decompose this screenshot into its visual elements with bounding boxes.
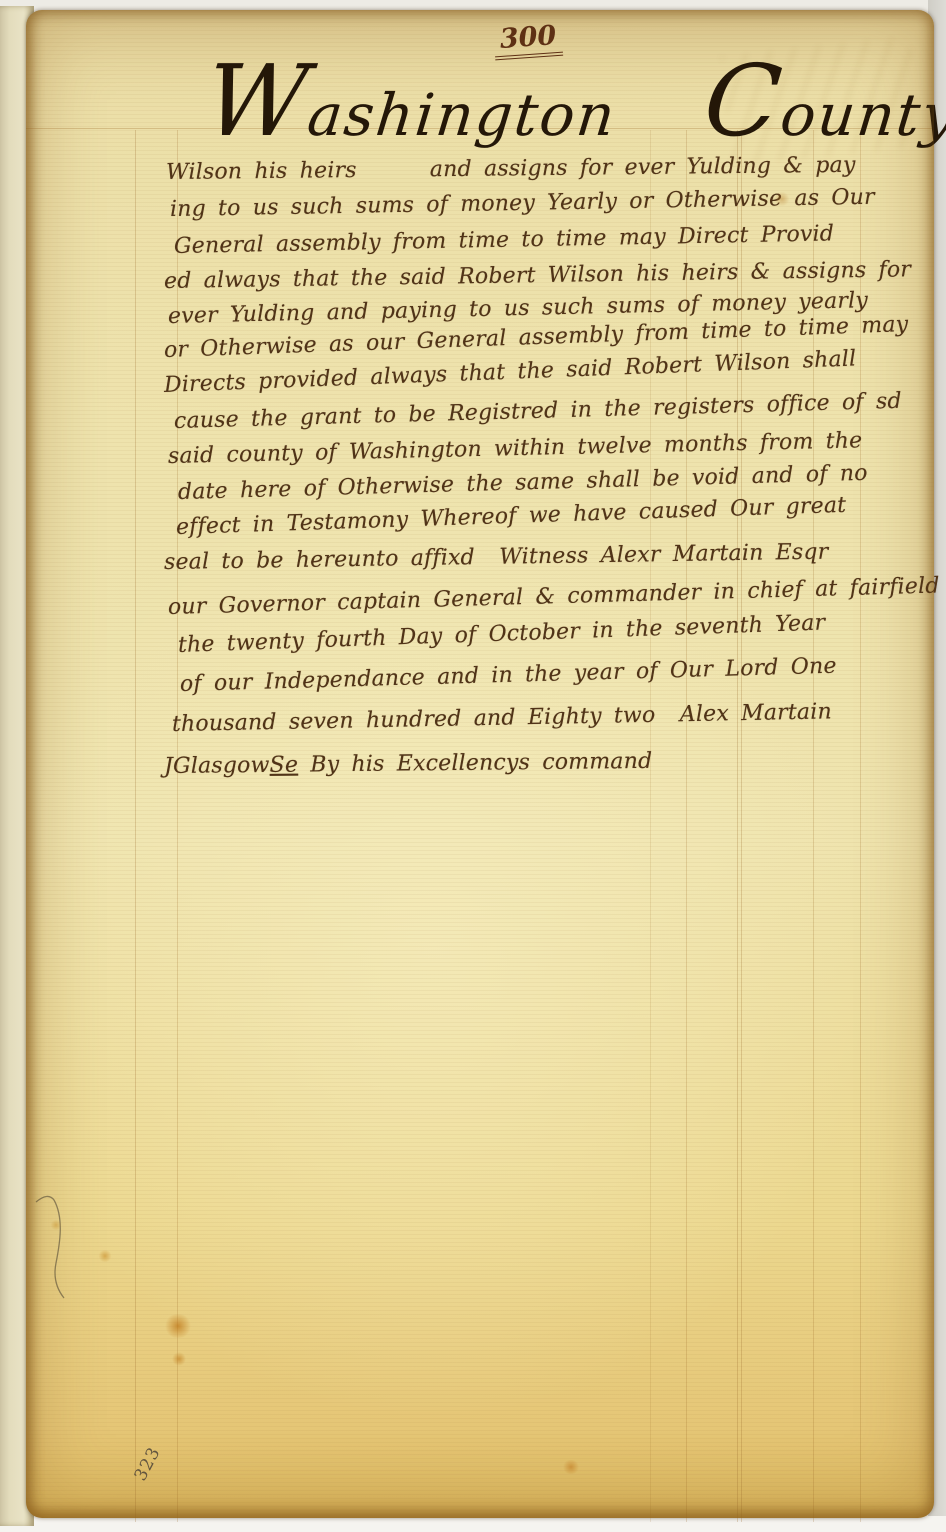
manuscript-body: Wilson his heirs and assigns for ever Yu… [164,10,946,1518]
manuscript-line: seal to be hereunto affixd Witness Alexr… [164,540,829,575]
manuscript-line: cause the grant to be Registred in the r… [174,389,902,434]
manuscript-line: ed always that the said Robert Wilson hi… [164,257,911,294]
fold-line [135,130,136,1522]
signature-command-text: By his Excellencys command [298,749,652,778]
pencil-squiggle-mark [34,1188,94,1308]
manuscript-line: the twenty fourth Day of October in the … [178,610,826,658]
manuscript-line: of our Independance and in the year of O… [180,654,837,697]
signature-name: JGlasgow [164,753,270,779]
scanner-background-bottom [0,1516,946,1532]
secretary-abbreviation: Se [269,753,298,778]
signature-line: JGlasgowSe By his Excellencys command [164,749,653,779]
manuscript-line: General assembly from time to time may D… [174,221,835,259]
scanned-document-view: { "page": { "number": "300", "margin_num… [0,0,946,1532]
stain-spot [50,1220,62,1230]
manuscript-line: ing to us such sums of money Yearly or O… [170,185,875,222]
manuscript-line: thousand seven hundred and Eighty two Al… [172,699,832,737]
manuscript-page: 300 Washington County ⁓ Wilson his heirs… [26,10,934,1518]
manuscript-line: Wilson his heirs and assigns for ever Yu… [166,153,856,185]
stain-spot [98,1250,112,1262]
